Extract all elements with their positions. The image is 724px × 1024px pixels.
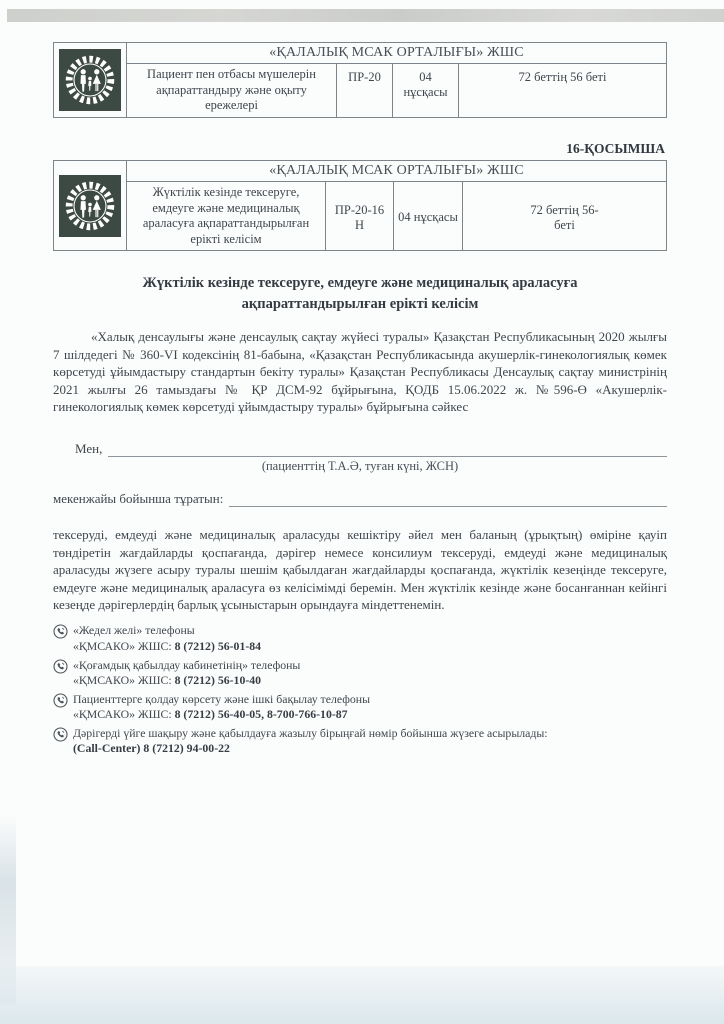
contact-label: Дәрігерді үйге шақыру және қабылдауға жа…	[73, 726, 548, 740]
contact-item: «Жедел желі» телефоны «ҚМСАКО» ЖШС: 8 (7…	[53, 623, 667, 654]
scan-artifact-bottom-band	[0, 966, 724, 1024]
phone-in-circle-icon	[53, 692, 73, 723]
document-content: «ҚАЛАЛЫҚ МСАК ОРТАЛЫҒЫ» ЖШС Пациент пен …	[53, 0, 667, 760]
legal-paragraph: «Халық денсаулығы және денсаулық сақтау …	[53, 328, 667, 415]
contact-org: «ҚМСАКО» ЖШС:	[73, 673, 175, 687]
header-table-2: «ҚАЛАЛЫҚ МСАК ОРТАЛЫҒЫ» ЖШС Жүктілік кез…	[53, 160, 667, 252]
family-in-ring-logo-icon	[59, 49, 121, 111]
contact-number: 8 (7212) 56-10-40	[175, 673, 262, 687]
header-table-1: «ҚАЛАЛЫҚ МСАК ОРТАЛЫҒЫ» ЖШС Пациент пен …	[53, 42, 667, 118]
contact-number: 8 (7212) 56-40-05, 8-700-766-10-87	[175, 707, 348, 721]
family-in-ring-logo-icon	[59, 175, 121, 237]
doc-description: Жүктілік кезінде тексеруге, емдеуге және…	[127, 181, 326, 251]
header-table-1-wrap: «ҚАЛАЛЫҚ МСАК ОРТАЛЫҒЫ» ЖШС Пациент пен …	[53, 42, 667, 118]
patient-name-blank-line	[108, 441, 667, 457]
contact-org: «ҚМСАКО» ЖШС:	[73, 707, 175, 721]
doc-description: Пациент пен отбасы мүшелерін ақпараттанд…	[127, 64, 337, 118]
address-row: мекенжайы бойынша тұратын:	[53, 491, 667, 507]
address-label: мекенжайы бойынша тұратын:	[53, 491, 229, 507]
contact-text: Пациенттерге қолдау көрсету және ішкі ба…	[73, 692, 370, 723]
annex-label: 16-ҚОСЫМША	[53, 141, 667, 157]
doc-pages: 72 беттің 56 беті	[459, 64, 667, 118]
doc-version: 04 нұсқасы	[394, 181, 463, 251]
phone-in-circle-icon	[53, 726, 73, 757]
page-title: Жүктілік кезінде тексеруге, емдеуге және…	[90, 273, 630, 315]
consent-paragraph: тексеруді, емдеуді және медициналық арал…	[53, 526, 667, 613]
doc-code: ПР-20-16 Н	[326, 181, 394, 251]
org-name: «ҚАЛАЛЫҚ МСАК ОРТАЛЫҒЫ» ЖШС	[127, 160, 667, 181]
contact-org: «ҚМСАКО» ЖШС:	[73, 639, 175, 653]
doc-code: ПР-20	[337, 64, 393, 118]
scanned-document-page: «ҚАЛАЛЫҚ МСАК ОРТАЛЫҒЫ» ЖШС Пациент пен …	[0, 0, 724, 1024]
phone-in-circle-icon	[53, 658, 73, 689]
contact-item: Дәрігерді үйге шақыру және қабылдауға жа…	[53, 726, 667, 757]
doc-pages: 72 беттің 56- беті	[463, 181, 667, 251]
patient-name-row: Мен,	[53, 441, 667, 457]
doc-version: 04 нұсқасы	[393, 64, 459, 118]
phone-in-circle-icon	[53, 623, 73, 654]
contact-text: Дәрігерді үйге шақыру және қабылдауға жа…	[73, 726, 548, 757]
contact-item: «Қоғамдық қабылдау кабинетінің» телефоны…	[53, 658, 667, 689]
org-logo-cell	[54, 160, 127, 251]
org-name: «ҚАЛАЛЫҚ МСАК ОРТАЛЫҒЫ» ЖШС	[127, 43, 667, 64]
contact-item: Пациенттерге қолдау көрсету және ішкі ба…	[53, 692, 667, 723]
contact-label: «Жедел желі» телефоны	[73, 623, 195, 637]
org-logo-cell	[54, 43, 127, 118]
patient-name-hint: (пациенттің Т.А.Ә, туған күні, ЖСН)	[53, 459, 667, 474]
contact-label: Пациенттерге қолдау көрсету және ішкі ба…	[73, 692, 370, 706]
contact-label: «Қоғамдық қабылдау кабинетінің» телефоны	[73, 658, 300, 672]
contact-text: «Қоғамдық қабылдау кабинетінің» телефоны…	[73, 658, 300, 689]
contact-number: 8 (7212) 56-01-84	[175, 639, 262, 653]
contact-list: «Жедел желі» телефоны «ҚМСАКО» ЖШС: 8 (7…	[53, 623, 667, 757]
address-blank-line	[229, 491, 667, 507]
contact-number: (Call-Center) 8 (7212) 94-00-22	[73, 741, 230, 755]
patient-name-label: Мен,	[75, 441, 108, 457]
contact-text: «Жедел желі» телефоны «ҚМСАКО» ЖШС: 8 (7…	[73, 623, 261, 654]
